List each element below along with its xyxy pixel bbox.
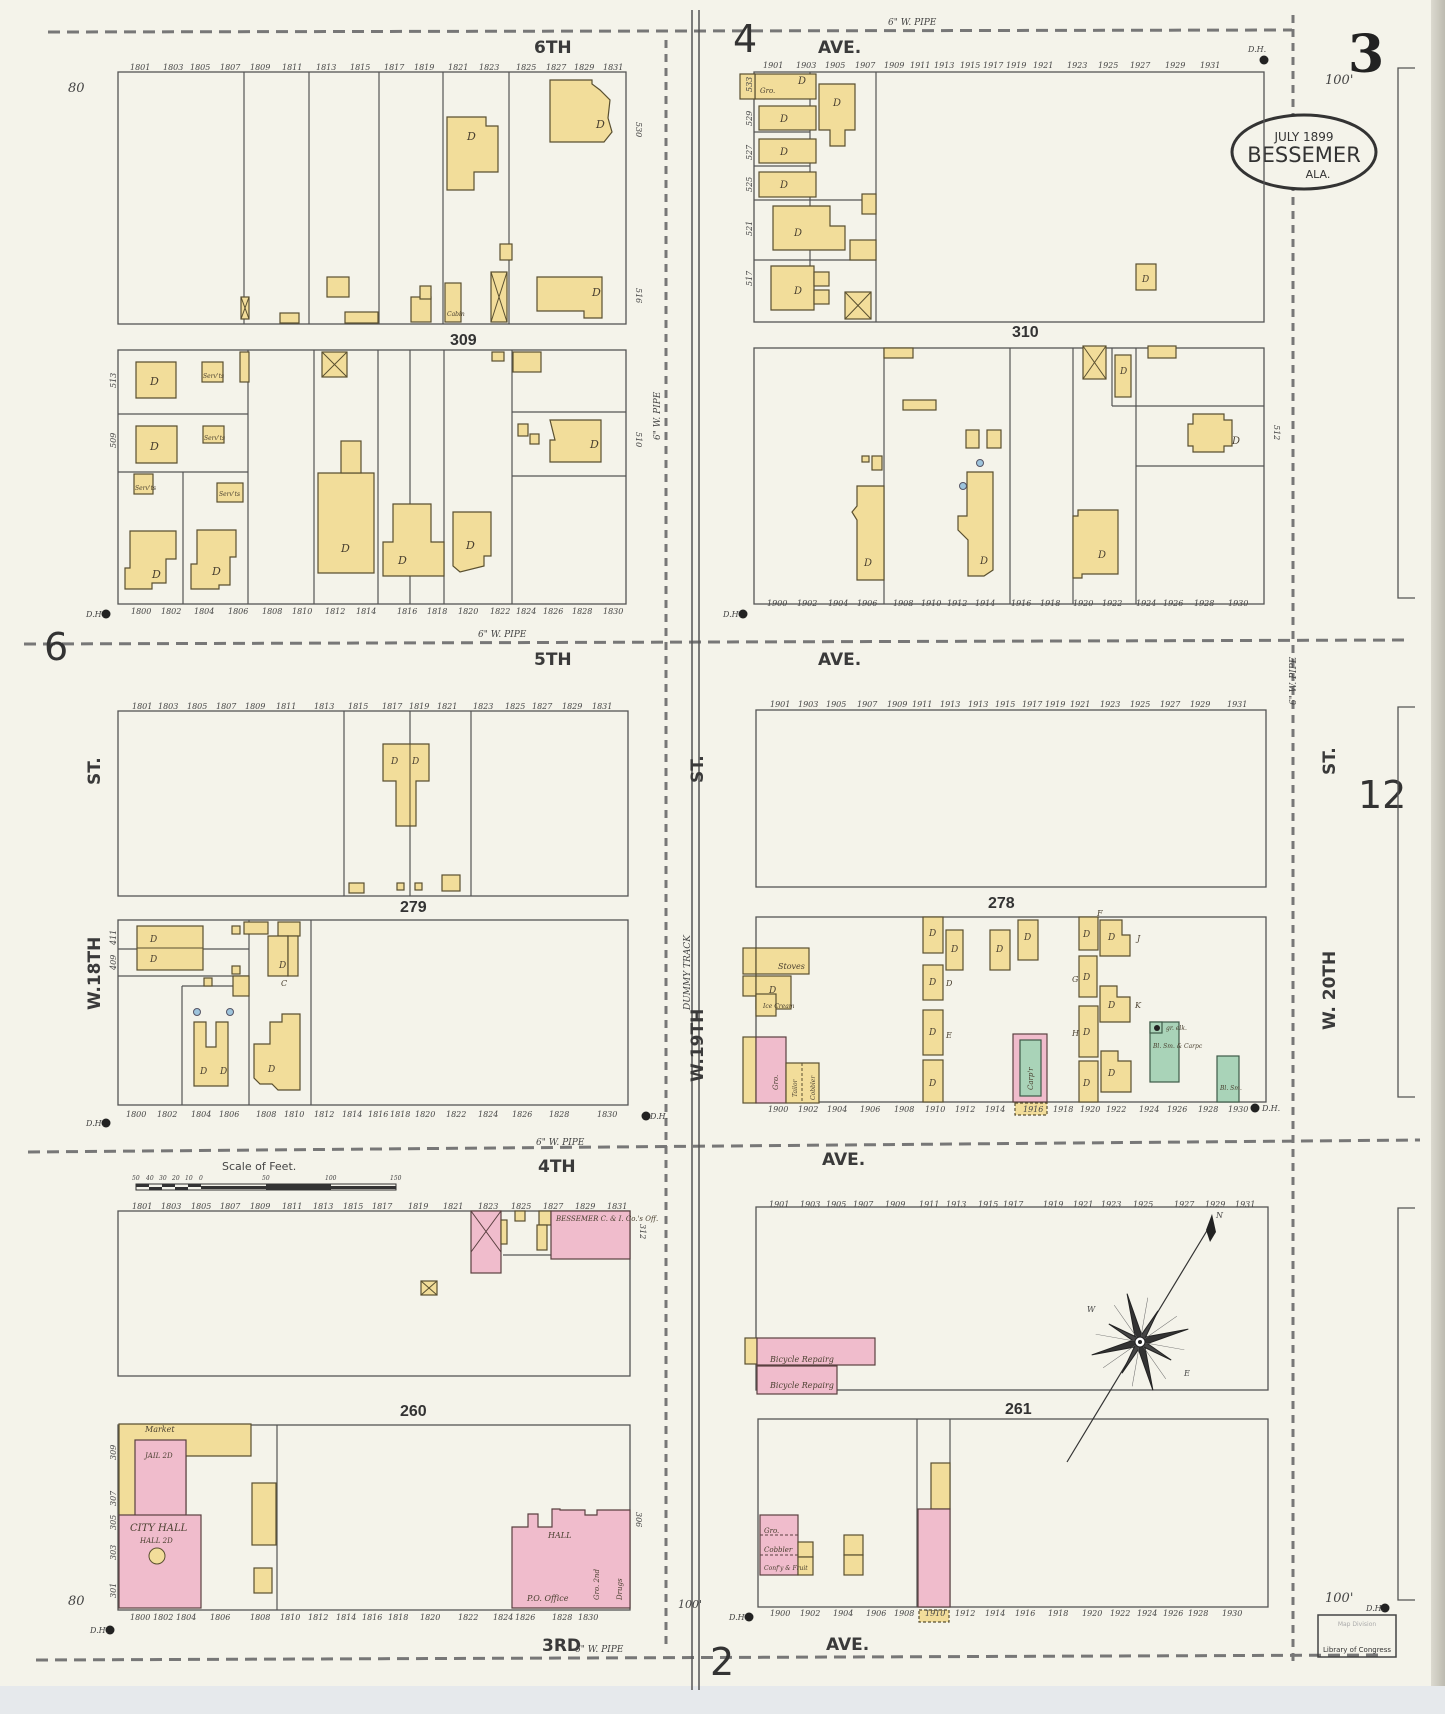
- side-address: 530: [634, 122, 643, 137]
- building-label: Cobbler: [764, 1546, 793, 1554]
- address: 1911: [910, 61, 930, 70]
- address: 1808: [256, 1110, 276, 1119]
- water-tank-icon: [960, 483, 967, 490]
- building-label: D: [979, 556, 988, 567]
- address: 1921: [1073, 1200, 1093, 1209]
- block-260[interactable]: BESSEMER C. & I. Co.'s Off. 260 CITY HAL…: [118, 1211, 658, 1610]
- building-label: D: [211, 565, 221, 578]
- address: 1923: [1067, 61, 1087, 70]
- building-label: D: [595, 118, 605, 131]
- address: 1811: [276, 702, 296, 711]
- lot-letter: F: [1096, 909, 1103, 918]
- building-label: HALL 2D: [139, 1537, 173, 1545]
- building-label: D: [797, 76, 806, 87]
- address: 1929: [1165, 61, 1185, 70]
- street-5th-ave-suffix: AVE.: [818, 650, 861, 670]
- block-310[interactable]: D Gro. D D D D D D D D D D D D 310: [740, 72, 1264, 604]
- street-w18th-name: W.18TH: [85, 937, 105, 1010]
- address: 1917: [1003, 1200, 1024, 1209]
- dummy-track-label: DUMMY TRACK: [683, 934, 693, 1011]
- side-address: 527: [745, 144, 754, 160]
- street-width: 100': [1325, 73, 1353, 88]
- block-number-278: 278: [988, 895, 1015, 912]
- address: 1814: [356, 607, 376, 616]
- address: 1905: [825, 61, 845, 70]
- address: 1922: [1106, 1105, 1126, 1114]
- address: 1820: [415, 1110, 435, 1119]
- building-label: D: [219, 1067, 227, 1077]
- lot-letter: J: [1135, 934, 1141, 943]
- hydrant-label: D.H.: [728, 1613, 747, 1622]
- address: 1916: [1011, 599, 1031, 608]
- building-label: Serv'ts: [219, 491, 240, 498]
- address: 1826: [543, 607, 563, 616]
- address: 1907: [855, 61, 876, 70]
- address: 1917: [983, 61, 1004, 70]
- address: 1802: [153, 1613, 173, 1622]
- stamp-line1: Map Division: [1338, 1621, 1377, 1628]
- side-address: 516: [634, 288, 643, 303]
- address: 1902: [800, 1609, 820, 1618]
- building-label: D: [1082, 1028, 1090, 1038]
- address: 1908: [894, 1609, 914, 1618]
- address: 1927: [1160, 700, 1181, 709]
- address: 1927: [1130, 61, 1151, 70]
- address: 1900: [767, 599, 787, 608]
- address: 1823: [473, 702, 493, 711]
- address: 1930: [1222, 1609, 1242, 1618]
- block-279[interactable]: D D 279 D D D D D D C: [118, 711, 628, 1105]
- address: 1802: [161, 607, 181, 616]
- side-address: 510: [634, 432, 643, 447]
- address: 1816: [368, 1110, 388, 1119]
- address: 1920: [1080, 1105, 1100, 1114]
- building-label: D: [1107, 1001, 1115, 1011]
- address: 1817: [382, 702, 403, 711]
- adjoining-sheet-right[interactable]: 12: [1358, 773, 1406, 817]
- building-label: D: [950, 945, 958, 955]
- compass-east: E: [1183, 1369, 1190, 1378]
- address: 1902: [797, 599, 817, 608]
- hydrant-label: D.H.: [1247, 45, 1266, 54]
- building-label: D: [793, 286, 802, 297]
- address: 1805: [187, 702, 207, 711]
- block-309[interactable]: D D D Cabin D D D D D D D D Serv'ts Serv…: [118, 72, 626, 604]
- address: 1801: [130, 63, 150, 72]
- address: 1811: [282, 1202, 302, 1211]
- building-label: D: [151, 568, 161, 581]
- building-label: D: [149, 955, 157, 965]
- lot-letter: K: [1134, 1001, 1142, 1010]
- address: 1906: [860, 1105, 880, 1114]
- address: 1905: [826, 1200, 846, 1209]
- address: 1927: [1174, 1200, 1195, 1209]
- address: 1926: [1167, 1105, 1187, 1114]
- address: 1917: [1022, 700, 1043, 709]
- address: 1816: [362, 1613, 382, 1622]
- pipe-label: 6" W. PIPE: [1289, 656, 1299, 705]
- address: 1919: [1045, 700, 1065, 709]
- building-label: Cabin: [447, 311, 465, 318]
- address: 1827: [546, 63, 567, 72]
- compass-north: N: [1215, 1211, 1224, 1220]
- street-3rd-ave-suffix: AVE.: [826, 1635, 869, 1655]
- address: 1810: [284, 1110, 304, 1119]
- building-label: D: [1097, 550, 1106, 561]
- address: 1826: [512, 1110, 532, 1119]
- scale-tick: 150: [390, 1175, 402, 1182]
- address: 1930: [1228, 1105, 1248, 1114]
- address: 1928: [1188, 1609, 1208, 1618]
- side-address: 409: [109, 955, 118, 971]
- building-label: Bl. Sm.: [1219, 1085, 1242, 1092]
- address: 1924: [1136, 599, 1156, 608]
- address: 1830: [597, 1110, 617, 1119]
- side-address: 533: [745, 77, 754, 92]
- address: 1800: [130, 1613, 150, 1622]
- water-pipe-lines: [24, 15, 1420, 1665]
- address: 1924: [1139, 1105, 1159, 1114]
- building-label: Stoves: [778, 962, 805, 971]
- address: 1906: [857, 599, 877, 608]
- address: 1907: [853, 1200, 874, 1209]
- building-label: D: [832, 98, 841, 109]
- building-label: D: [1107, 933, 1115, 943]
- water-tank-icon: [227, 1009, 234, 1016]
- hydrant-label: D.H.: [85, 610, 104, 619]
- dummy-track: [692, 10, 699, 1690]
- block-261[interactable]: Bicycle Repairg Bicycle Repairg 261 Gro.…: [745, 1207, 1268, 1622]
- address: 1822: [446, 1110, 466, 1119]
- building-label: D: [278, 961, 286, 971]
- adjacent-block-outlines: [1398, 68, 1415, 1600]
- address: 1822: [490, 607, 510, 616]
- address: 1925: [1133, 1200, 1153, 1209]
- lot-letter: G: [1072, 975, 1079, 984]
- lot-letter: C: [281, 979, 287, 988]
- building-label: D: [793, 228, 802, 239]
- address: 1904: [827, 1105, 847, 1114]
- street-width: 100': [1325, 1591, 1353, 1606]
- address: 1824: [493, 1613, 513, 1622]
- side-address: 525: [745, 177, 754, 192]
- scale-tick: 100: [325, 1175, 337, 1182]
- building-label: D: [1119, 367, 1127, 377]
- building-label: D: [390, 757, 398, 767]
- building-label: BESSEMER C. & I. Co.'s Off.: [555, 1215, 658, 1223]
- address: 1931: [1227, 700, 1247, 709]
- compass-rose: W E N: [1067, 1211, 1224, 1462]
- building-label: Market: [144, 1425, 175, 1434]
- address: 1811: [282, 63, 302, 72]
- address: 1915: [960, 61, 980, 70]
- address: 1801: [132, 702, 152, 711]
- address: 1814: [336, 1613, 356, 1622]
- address: 1806: [210, 1613, 230, 1622]
- street-4th-ave-suffix: AVE.: [822, 1150, 865, 1170]
- building-label: D: [267, 1065, 275, 1075]
- block-number-279: 279: [400, 899, 427, 916]
- building-label: D: [928, 1079, 936, 1089]
- address: 1913: [968, 700, 988, 709]
- address: 1809: [250, 1202, 270, 1211]
- address: 1926: [1163, 599, 1183, 608]
- address: 1901: [763, 61, 783, 70]
- address: 1925: [1098, 61, 1118, 70]
- address: 1912: [947, 599, 967, 608]
- adjoining-sheet-bottom[interactable]: 2: [710, 1640, 734, 1684]
- building-label: D: [149, 440, 159, 453]
- building-label: D: [466, 130, 476, 143]
- side-address: 512: [1272, 425, 1281, 440]
- address: 1830: [603, 607, 623, 616]
- address: 1812: [314, 1110, 334, 1119]
- address: 1821: [437, 702, 457, 711]
- address: 1820: [458, 607, 478, 616]
- building-label: D: [589, 438, 599, 451]
- address: 1824: [478, 1110, 498, 1119]
- address: 1817: [384, 63, 405, 72]
- address: 1802: [157, 1110, 177, 1119]
- address: 1912: [955, 1609, 975, 1618]
- building-label: D: [397, 554, 407, 567]
- address-numbers: 1801 1803 1805 1807 1809 1811 1813 1815 …: [126, 61, 1255, 1622]
- address: 1908: [893, 599, 913, 608]
- building-label: D: [928, 929, 936, 939]
- address: 1922: [1102, 599, 1122, 608]
- building-label: Bicycle Repairg: [769, 1355, 834, 1364]
- address: 1900: [770, 1609, 790, 1618]
- scale-bar: Scale of Feet. 50 40 30 20 10 0 50 100 1…: [132, 1160, 402, 1190]
- building-label: Serv'ts: [204, 435, 225, 442]
- scale-title: Scale of Feet.: [222, 1160, 296, 1173]
- address: 1831: [603, 63, 623, 72]
- address: 1900: [768, 1105, 788, 1114]
- side-address: 521: [745, 221, 754, 236]
- address: 1902: [798, 1105, 818, 1114]
- address: 1925: [1130, 700, 1150, 709]
- building-label: D: [199, 1067, 207, 1077]
- address: 1805: [190, 63, 210, 72]
- building-label: CITY HALL: [130, 1523, 188, 1534]
- address: 1928: [1194, 599, 1214, 608]
- address: 1931: [1200, 61, 1220, 70]
- building-label: Gro.: [764, 1527, 779, 1535]
- address: 1800: [126, 1110, 146, 1119]
- hydrant-label: D.H.: [89, 1626, 108, 1635]
- street-w18th-suffix: ST.: [85, 757, 105, 785]
- side-addresses: 513 509 530 516 510 533 529 527 525 521 …: [109, 77, 1281, 1598]
- address: 1916: [1015, 1609, 1035, 1618]
- address: 1918: [1040, 599, 1060, 608]
- address: 1813: [313, 1202, 333, 1211]
- pipe-annotations: 6" W. PIPE 6" W. PIPE 6" W. PIPE 6" W. P…: [68, 18, 1353, 1655]
- address: 1920: [1073, 599, 1093, 608]
- building-label: Carp'r: [1027, 1067, 1035, 1090]
- address: 1810: [292, 607, 312, 616]
- address: 1923: [1100, 700, 1120, 709]
- building-label: D: [149, 375, 159, 388]
- address: 1813: [314, 702, 334, 711]
- address: 1929: [1205, 1200, 1225, 1209]
- title-cartouche: JULY 1899 BESSEMER ALA.: [1232, 115, 1376, 189]
- hydrant-icon: [1260, 56, 1269, 65]
- water-tank-icon: [977, 460, 984, 467]
- building-label: D: [340, 542, 350, 555]
- address: 1914: [985, 1105, 1005, 1114]
- street-w19th-suffix: ST.: [688, 755, 708, 783]
- address: 1909: [884, 61, 904, 70]
- street-w20th-name: W. 20TH: [1320, 951, 1340, 1030]
- building-label: Cobbler: [810, 1075, 817, 1100]
- side-address: 309: [109, 1445, 118, 1460]
- address: 1915: [995, 700, 1015, 709]
- pipe-label: 6" W. PIPE: [536, 1138, 585, 1148]
- address: 1803: [161, 1202, 181, 1211]
- building-label: HALL: [547, 1531, 571, 1540]
- address: 1821: [443, 1202, 463, 1211]
- side-address: 305: [109, 1515, 118, 1530]
- address: 1823: [479, 63, 499, 72]
- street-4th-ave-prefix: 4TH: [538, 1157, 576, 1177]
- building-label: D: [995, 945, 1003, 955]
- address: 1909: [887, 700, 907, 709]
- building-label: D: [779, 180, 788, 191]
- side-address: 509: [109, 433, 118, 448]
- building-label: D: [1082, 930, 1090, 940]
- address: 1804: [191, 1110, 211, 1119]
- water-tank-icon: [194, 1009, 201, 1016]
- address: 1919: [1043, 1200, 1063, 1209]
- address: 1904: [828, 599, 848, 608]
- address: 1801: [132, 1202, 152, 1211]
- address: 1903: [800, 1200, 820, 1209]
- address: 1931: [1235, 1200, 1255, 1209]
- address: 1809: [245, 702, 265, 711]
- building-label: Serv'ts: [135, 485, 156, 492]
- address: 1819: [409, 702, 429, 711]
- address: 1829: [575, 1202, 595, 1211]
- map-sheet: 4 6 12 2 3 JULY 1899 BESSEMER ALA. 6TH A…: [0, 0, 1445, 1714]
- building-label: P.O. Office: [526, 1594, 569, 1603]
- lot-letter: H: [1071, 1029, 1080, 1038]
- adjoining-sheet-left[interactable]: 6: [44, 625, 68, 669]
- address: 1804: [194, 607, 214, 616]
- street-width: 80: [68, 81, 85, 96]
- address: 1815: [348, 702, 368, 711]
- address: 1822: [458, 1613, 478, 1622]
- address: 1910: [921, 599, 941, 608]
- street-w20th-suffix: ST.: [1320, 747, 1340, 775]
- hydrant-label: D.H.: [1261, 1104, 1280, 1113]
- address: 1921: [1070, 700, 1090, 709]
- address: 1807: [220, 1202, 241, 1211]
- block-278[interactable]: Stoves D Ice Cream Gro. Tailor Cobbler C…: [743, 710, 1266, 1115]
- side-address: 312: [638, 1224, 647, 1239]
- address: 1808: [250, 1613, 270, 1622]
- building-label: Conf'y & Fruit: [764, 1565, 808, 1572]
- pipe-label: 6" W. PIPE: [888, 18, 937, 28]
- address: 1819: [414, 63, 434, 72]
- address: 1812: [308, 1613, 328, 1622]
- street-6th-ave-prefix: 6TH: [534, 38, 572, 58]
- side-address: 411: [109, 930, 118, 946]
- address: 1831: [592, 702, 612, 711]
- address: 1911: [912, 700, 932, 709]
- adjoining-sheet-top[interactable]: 4: [733, 17, 757, 61]
- address: 1926: [1163, 1609, 1183, 1618]
- pipe-label: 6" W. PIPE: [575, 1645, 624, 1655]
- block-number-309: 309: [450, 332, 477, 349]
- address: 1920: [1082, 1609, 1102, 1618]
- block-number-261: 261: [1005, 1401, 1032, 1418]
- building-label: D: [928, 978, 936, 988]
- address: 1818: [390, 1110, 410, 1119]
- address: 1914: [975, 599, 995, 608]
- building-label: D: [928, 1028, 936, 1038]
- hydrants: D.H. D.H. D.H. D.H. D.H. D.H. D.H. D.H. …: [85, 45, 1390, 1635]
- address: 1903: [798, 700, 818, 709]
- scale-tick: 20: [171, 1175, 180, 1182]
- lot-letter: E: [945, 1031, 952, 1040]
- address: 1816: [397, 607, 417, 616]
- building-label: D: [1107, 1069, 1115, 1079]
- building-label: D: [1082, 1079, 1090, 1089]
- stamp-line2: Library of Congress: [1323, 1646, 1391, 1654]
- address: 1803: [163, 63, 183, 72]
- hydrant-label: D.H.: [722, 610, 741, 619]
- address: 1825: [511, 1202, 531, 1211]
- address: 1807: [216, 702, 237, 711]
- address: 1831: [607, 1202, 627, 1211]
- hydrant-label: D.H.: [1365, 1604, 1384, 1613]
- address: 1830: [578, 1613, 598, 1622]
- building-label: D: [863, 558, 872, 569]
- building-label: Bl. Sm. & Carpc: [1152, 1043, 1203, 1050]
- address: 1828: [549, 1110, 569, 1119]
- building-label: D: [1231, 436, 1240, 447]
- building-label: Tailor: [792, 1078, 799, 1097]
- side-address: 517: [745, 270, 754, 286]
- address: 1814: [342, 1110, 362, 1119]
- side-address: 513: [109, 373, 118, 388]
- address: 1805: [191, 1202, 211, 1211]
- address: 1912: [955, 1105, 975, 1114]
- block-number-310: 310: [1012, 324, 1039, 341]
- address: 1913: [940, 700, 960, 709]
- building-label: Drugs: [616, 1578, 624, 1601]
- street-width: 100': [678, 1598, 702, 1611]
- address: 1813: [316, 63, 336, 72]
- library-stamp: Map Division Library of Congress: [1318, 1615, 1396, 1657]
- address: 1800: [131, 607, 151, 616]
- hydrant-label: D.H.: [649, 1112, 668, 1121]
- address: 1819: [408, 1202, 428, 1211]
- address: 1918: [1053, 1105, 1073, 1114]
- street-5th-ave-prefix: 5TH: [534, 650, 572, 670]
- address: 1901: [770, 700, 790, 709]
- address: 1828: [572, 607, 592, 616]
- address: 1904: [833, 1609, 853, 1618]
- building-label: Serv'ts: [203, 373, 224, 380]
- hydrant-label: D.H.: [85, 1119, 104, 1128]
- sanborn-map: 4 6 12 2 3 JULY 1899 BESSEMER ALA. 6TH A…: [0, 0, 1445, 1714]
- scale-tick: 50: [132, 1175, 140, 1182]
- pipe-label: 6" W. PIPE: [653, 391, 663, 440]
- address: 1810: [280, 1613, 300, 1622]
- address: 1910: [925, 1609, 945, 1618]
- building-label: Ice Cream: [762, 1003, 795, 1010]
